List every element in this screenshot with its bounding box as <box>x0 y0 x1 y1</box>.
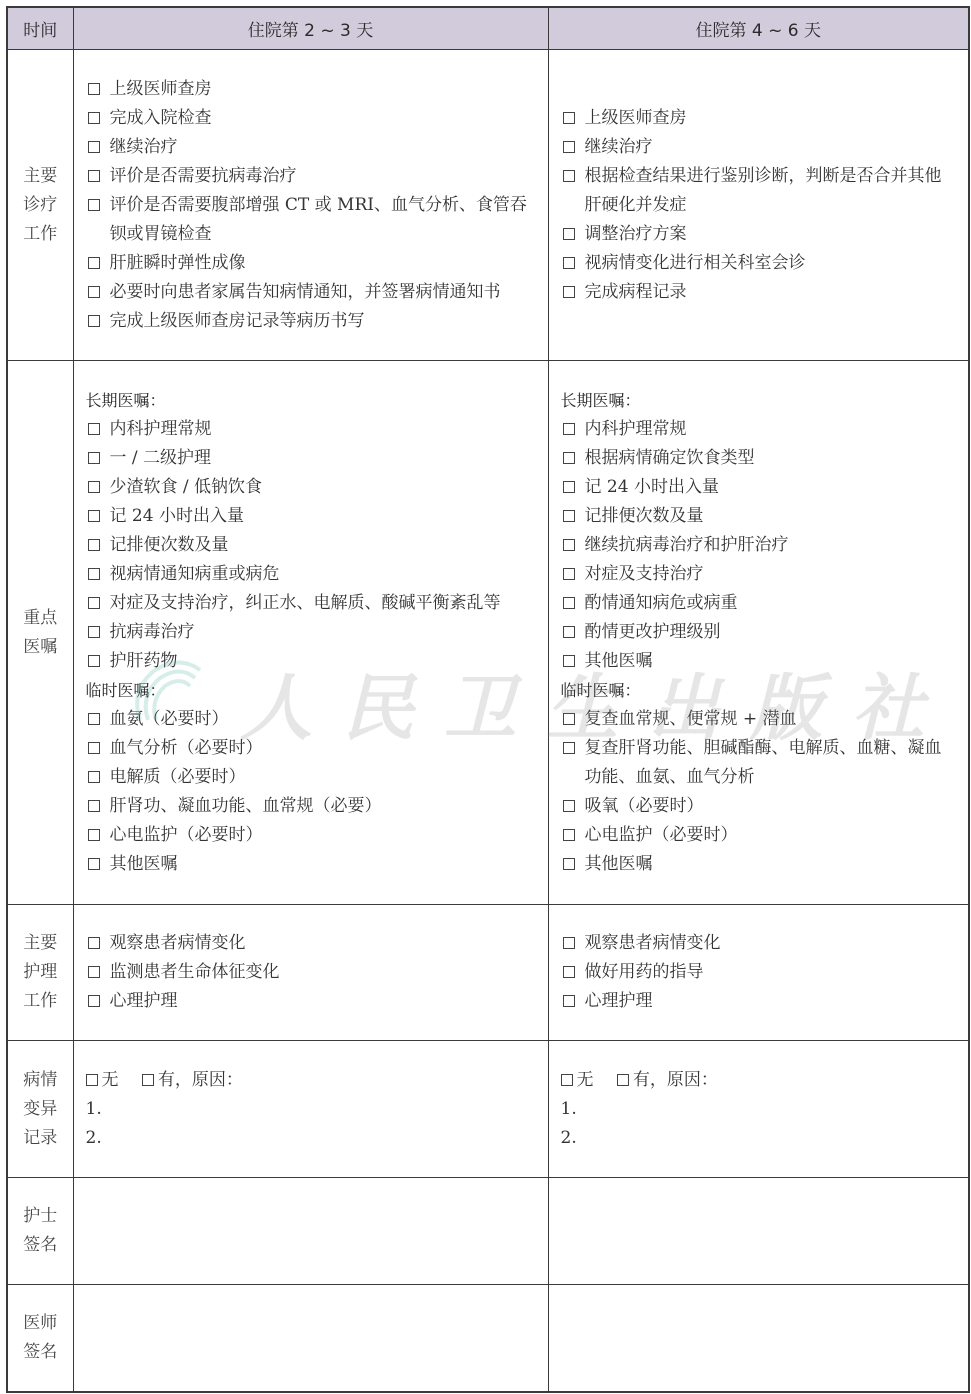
checkbox-icon[interactable] <box>88 655 100 667</box>
row-label-diagnosis: 主要 诊疗 工作 <box>7 50 73 361</box>
checkbox-icon[interactable] <box>88 170 100 182</box>
checklist-item[interactable]: 完成入院检查 <box>86 104 538 133</box>
checkbox-icon[interactable] <box>561 1074 573 1086</box>
checklist-item[interactable]: 完成病程记录 <box>561 278 959 307</box>
checkbox-icon[interactable] <box>563 742 575 754</box>
header-time: 时间 <box>7 7 73 50</box>
checklist-item[interactable]: 必要时向患者家属告知病情通知，并签署病情通知书 <box>86 278 538 307</box>
checkbox-icon[interactable] <box>563 568 575 580</box>
checklist-item[interactable]: 一 / 二级护理 <box>86 444 538 473</box>
checkbox-icon[interactable] <box>88 626 100 638</box>
doctor-sign-day-4-6[interactable] <box>548 1285 969 1392</box>
checkbox-icon[interactable] <box>563 141 575 153</box>
checkbox-icon[interactable] <box>563 713 575 725</box>
row-label-doctor-sign: 医师 签名 <box>7 1285 73 1392</box>
checkbox-icon[interactable] <box>88 858 100 870</box>
checklist-item[interactable]: 评价是否需要抗病毒治疗 <box>86 162 538 191</box>
checkbox-icon[interactable] <box>88 141 100 153</box>
checklist-item[interactable]: 其他医嘱 <box>561 647 959 676</box>
reason-line-1[interactable]: 1. <box>86 1095 538 1124</box>
checkbox-icon[interactable] <box>563 112 575 124</box>
checkbox-icon[interactable] <box>563 170 575 182</box>
checklist-item[interactable]: 继续治疗 <box>86 133 538 162</box>
choice-none[interactable]: 无 <box>86 1066 119 1095</box>
row-label-nurse-sign: 护士 签名 <box>7 1178 73 1285</box>
checklist-item[interactable]: 记 24 小时出入量 <box>86 502 538 531</box>
checkbox-icon[interactable] <box>563 228 575 240</box>
clinical-pathway-table: 时间 住院第 2 ~ 3 天 住院第 4 ~ 6 天 主要 诊疗 工作 上级医师… <box>6 6 970 1393</box>
checkbox-icon[interactable] <box>142 1074 154 1086</box>
checkbox-icon[interactable] <box>563 286 575 298</box>
header-row: 时间 住院第 2 ~ 3 天 住院第 4 ~ 6 天 <box>7 7 969 50</box>
row-label-orders: 重点 医嘱 <box>7 361 73 905</box>
checklist-item[interactable]: 对症及支持治疗，纠正水、电解质、酸碱平衡紊乱等 <box>86 589 538 618</box>
checkbox-icon[interactable] <box>88 315 100 327</box>
checklist-item[interactable]: 内科护理常规 <box>86 415 538 444</box>
checkbox-icon[interactable] <box>563 966 575 978</box>
checklist-item[interactable]: 根据病情确定饮食类型 <box>561 444 959 473</box>
checklist-item[interactable]: 视病情变化进行相关科室会诊 <box>561 249 959 278</box>
checklist-item[interactable]: 上级医师查房 <box>86 75 538 104</box>
checkbox-icon[interactable] <box>88 829 100 841</box>
checkbox-icon[interactable] <box>88 510 100 522</box>
checkbox-icon[interactable] <box>88 481 100 493</box>
checkbox-icon[interactable] <box>563 452 575 464</box>
checkbox-icon[interactable] <box>88 286 100 298</box>
checklist-item[interactable]: 抗病毒治疗 <box>86 618 538 647</box>
checkbox-icon[interactable] <box>617 1074 629 1086</box>
checklist-item[interactable]: 完成上级医师查房记录等病历书写 <box>86 307 538 336</box>
checkbox-icon[interactable] <box>88 995 100 1007</box>
checkbox-icon[interactable] <box>88 713 100 725</box>
checkbox-icon[interactable] <box>88 966 100 978</box>
row-label-nursing: 主要 护理 工作 <box>7 905 73 1041</box>
checkbox-icon[interactable] <box>563 995 575 1007</box>
variation-day-2-3: 无 有，原因： 1. 2. <box>73 1041 548 1178</box>
checkbox-icon[interactable] <box>563 481 575 493</box>
checkbox-icon[interactable] <box>563 829 575 841</box>
diagnosis-day-2-3: 上级医师查房 完成入院检查 继续治疗 评价是否需要抗病毒治疗 评价是否需要腹部增… <box>73 50 548 361</box>
header-day-4-6: 住院第 4 ~ 6 天 <box>548 7 969 50</box>
checkbox-icon[interactable] <box>563 858 575 870</box>
checklist-item[interactable]: 调整治疗方案 <box>561 220 959 249</box>
reason-line-2[interactable]: 2. <box>86 1124 538 1153</box>
checklist-item[interactable]: 记 24 小时出入量 <box>561 473 959 502</box>
checklist-item[interactable]: 复查肝肾功能、胆碱酯酶、电解质、血糖、凝血功能、血氨、血气分析 <box>561 734 959 792</box>
choice-yes[interactable]: 有，原因： <box>617 1066 718 1095</box>
checkbox-icon[interactable] <box>86 1074 98 1086</box>
nurse-sign-day-2-3[interactable] <box>73 1178 548 1285</box>
row-variation-record: 病情 变异 记录 无 有，原因： 1. 2. 无 有，原因： <box>7 1041 969 1178</box>
checklist-item[interactable]: 血氨（必要时） <box>86 705 538 734</box>
checklist-item[interactable]: 复查血常规、便常规 + 潜血 <box>561 705 959 734</box>
choice-yes[interactable]: 有，原因： <box>142 1066 243 1095</box>
checklist-item[interactable]: 其他医嘱 <box>561 850 959 879</box>
checklist-item[interactable]: 根据检查结果进行鉴别诊断，判断是否合并其他肝硬化并发症 <box>561 162 959 220</box>
checkbox-icon[interactable] <box>563 510 575 522</box>
checklist-item[interactable]: 少渣软食 / 低钠饮食 <box>86 473 538 502</box>
checklist-item[interactable]: 酌情更改护理级别 <box>561 618 959 647</box>
reason-line-1[interactable]: 1. <box>561 1095 959 1124</box>
variation-choices: 无 有，原因： <box>86 1066 538 1095</box>
checklist-item[interactable]: 其他医嘱 <box>86 850 538 879</box>
checklist-item[interactable]: 记排便次数及量 <box>561 502 959 531</box>
checklist-item[interactable]: 护肝药物 <box>86 647 538 676</box>
row-key-orders: 重点 医嘱 长期医嘱： 内科护理常规 一 / 二级护理 少渣软食 / 低钠饮食 … <box>7 361 969 905</box>
checkbox-icon[interactable] <box>88 452 100 464</box>
row-nursing-work: 主要 护理 工作 观察患者病情变化 监测患者生命体征变化 心理护理 观察患者病情… <box>7 905 969 1041</box>
checkbox-icon[interactable] <box>88 742 100 754</box>
checklist-item[interactable]: 监测患者生命体征变化 <box>86 958 538 987</box>
checkbox-icon[interactable] <box>88 257 100 269</box>
checklist-item[interactable]: 肝脏瞬时弹性成像 <box>86 249 538 278</box>
checklist-item[interactable]: 心理护理 <box>86 987 538 1016</box>
checkbox-icon[interactable] <box>563 655 575 667</box>
checkbox-icon[interactable] <box>88 423 100 435</box>
nursing-day-2-3: 观察患者病情变化 监测患者生命体征变化 心理护理 <box>73 905 548 1041</box>
checkbox-icon[interactable] <box>88 771 100 783</box>
nurse-sign-day-4-6[interactable] <box>548 1178 969 1285</box>
temporary-orders-title: 临时医嘱： <box>86 676 538 705</box>
variation-day-4-6: 无 有，原因： 1. 2. <box>548 1041 969 1178</box>
checkbox-icon[interactable] <box>88 800 100 812</box>
checkbox-icon[interactable] <box>563 800 575 812</box>
checkbox-icon[interactable] <box>563 937 575 949</box>
orders-day-2-3: 长期医嘱： 内科护理常规 一 / 二级护理 少渣软食 / 低钠饮食 记 24 小… <box>73 361 548 905</box>
orders-day-4-6: 长期医嘱： 内科护理常规 根据病情确定饮食类型 记 24 小时出入量 记排便次数… <box>548 361 969 905</box>
variation-choices: 无 有，原因： <box>561 1066 959 1095</box>
checklist-item[interactable]: 继续抗病毒治疗和护肝治疗 <box>561 531 959 560</box>
checkbox-icon[interactable] <box>563 597 575 609</box>
checkbox-icon[interactable] <box>563 626 575 638</box>
checkbox-icon[interactable] <box>563 423 575 435</box>
temporary-orders-title: 临时医嘱： <box>561 676 959 705</box>
checklist-item[interactable]: 上级医师查房 <box>561 104 959 133</box>
checkbox-icon[interactable] <box>88 937 100 949</box>
reason-line-2[interactable]: 2. <box>561 1124 959 1153</box>
checklist-item[interactable]: 观察患者病情变化 <box>561 929 959 958</box>
checklist-item[interactable]: 对症及支持治疗 <box>561 560 959 589</box>
row-nurse-signature: 护士 签名 <box>7 1178 969 1285</box>
checklist-item[interactable]: 观察患者病情变化 <box>86 929 538 958</box>
checkbox-icon[interactable] <box>88 199 100 211</box>
checkbox-icon[interactable] <box>563 539 575 551</box>
checklist-item[interactable]: 酌情通知病危或病重 <box>561 589 959 618</box>
checklist-item[interactable]: 视病情通知病重或病危 <box>86 560 538 589</box>
checklist-item[interactable]: 心电监护（必要时） <box>561 821 959 850</box>
long-term-orders-title: 长期医嘱： <box>561 386 959 415</box>
checklist-item[interactable]: 心电监护（必要时） <box>86 821 538 850</box>
diagnosis-day-4-6: 上级医师查房 继续治疗 根据检查结果进行鉴别诊断，判断是否合并其他肝硬化并发症 … <box>548 50 969 361</box>
checklist-item[interactable]: 吸氧（必要时） <box>561 792 959 821</box>
checklist-item[interactable]: 肝肾功、凝血功能、血常规（必要） <box>86 792 538 821</box>
clinical-pathway-page: 时间 住院第 2 ~ 3 天 住院第 4 ~ 6 天 主要 诊疗 工作 上级医师… <box>6 6 968 1393</box>
doctor-sign-day-2-3[interactable] <box>73 1285 548 1392</box>
checkbox-icon[interactable] <box>563 257 575 269</box>
checkbox-icon[interactable] <box>88 539 100 551</box>
checklist-item[interactable]: 继续治疗 <box>561 133 959 162</box>
checklist-item[interactable]: 心理护理 <box>561 987 959 1016</box>
nursing-day-4-6: 观察患者病情变化 做好用药的指导 心理护理 <box>548 905 969 1041</box>
row-label-variation: 病情 变异 记录 <box>7 1041 73 1178</box>
checklist-item[interactable]: 血气分析（必要时） <box>86 734 538 763</box>
checklist-item[interactable]: 评价是否需要腹部增强 CT 或 MRI、血气分析、食管吞钡或胃镜检查 <box>86 191 538 249</box>
checkbox-icon[interactable] <box>88 597 100 609</box>
header-day-2-3: 住院第 2 ~ 3 天 <box>73 7 548 50</box>
checkbox-icon[interactable] <box>88 83 100 95</box>
checklist-item[interactable]: 记排便次数及量 <box>86 531 538 560</box>
row-doctor-signature: 医师 签名 <box>7 1285 969 1392</box>
choice-none[interactable]: 无 <box>561 1066 594 1095</box>
checklist-item[interactable]: 做好用药的指导 <box>561 958 959 987</box>
row-diagnosis-work: 主要 诊疗 工作 上级医师查房 完成入院检查 继续治疗 评价是否需要抗病毒治疗 … <box>7 50 969 361</box>
checkbox-icon[interactable] <box>88 112 100 124</box>
checklist-item[interactable]: 电解质（必要时） <box>86 763 538 792</box>
long-term-orders-title: 长期医嘱： <box>86 386 538 415</box>
checklist-item[interactable]: 内科护理常规 <box>561 415 959 444</box>
checkbox-icon[interactable] <box>88 568 100 580</box>
